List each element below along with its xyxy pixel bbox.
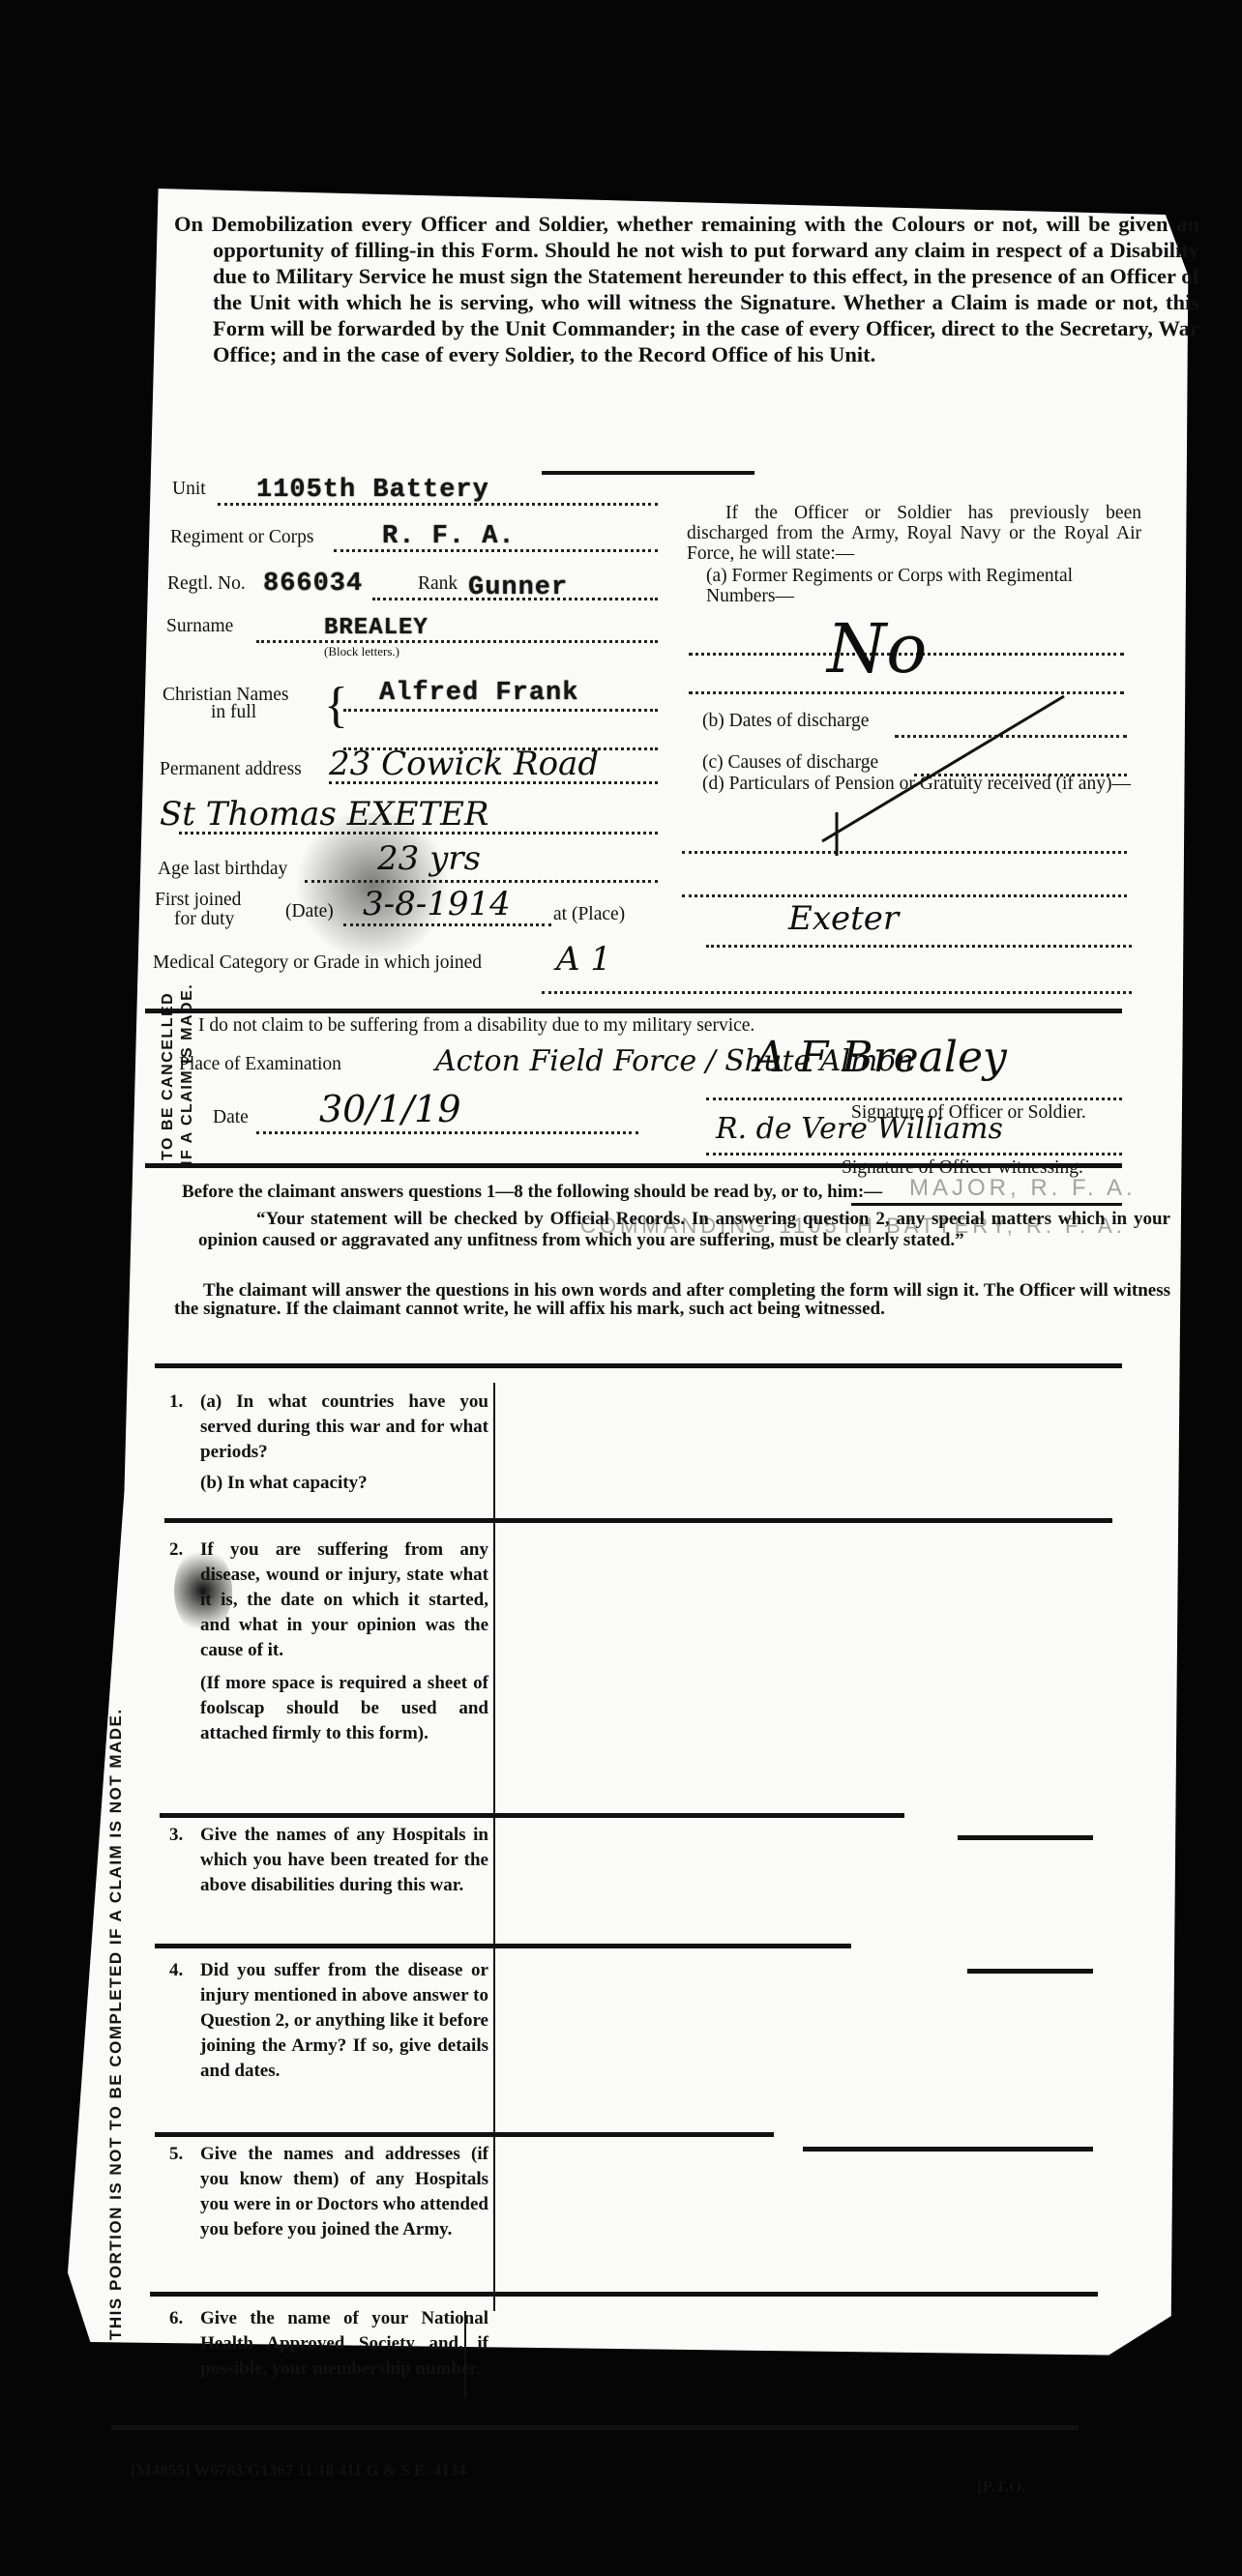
christian-dots-1 (343, 709, 658, 712)
first-joined-label: First joined (155, 890, 241, 911)
exam-date-dots (256, 1131, 638, 1134)
age-dots (305, 880, 658, 883)
row-divider (155, 1944, 851, 1948)
christian-names-value: Alfred Frank (379, 679, 578, 708)
table-bottom-rule (111, 2425, 1079, 2430)
joined-date-dots (343, 923, 551, 926)
block-letters-note: (Block letters.) (324, 644, 399, 659)
soldier-sig-dots (706, 1098, 1122, 1100)
cancel-note-line1: TO BE CANCELLED (160, 992, 177, 1160)
divider (145, 1163, 1122, 1168)
table-top-rule (155, 1363, 1122, 1368)
pto-note: [P.T.O. (977, 2477, 1026, 2497)
question-3: 3. Give the names of any Hospitals in wh… (169, 1823, 488, 1898)
row-divider (160, 1813, 904, 1818)
regiment-label: Regiment or Corps (170, 527, 313, 548)
question-2: 2. If you are suffering from any disease… (169, 1537, 488, 1746)
witness-sig-dots (706, 1153, 1122, 1156)
regtl-dots (372, 598, 658, 600)
address-line1: 23 Cowick Road (329, 745, 599, 783)
in-full-label: in full (211, 702, 256, 723)
rank-label: Rank (418, 573, 458, 595)
age-value: 23 yrs (377, 839, 481, 878)
joined-place-value: Exeter (788, 899, 899, 938)
regiment-value: R. F. A. (382, 522, 516, 551)
regtl-no-value: 866034 (263, 570, 363, 599)
address-line2: St Thomas EXETER (160, 795, 489, 834)
question-5: 5. Give the names and addresses (if you … (169, 2142, 488, 2242)
row-divider (803, 2147, 1093, 2152)
regtl-no-label: Regtl. No. (167, 573, 246, 595)
print-code: [M4855] W6783/G1367 11/18 411 G & S E. 4… (131, 2461, 466, 2480)
brace-icon: { (324, 677, 348, 734)
row-divider (155, 2132, 774, 2137)
witness-signature: R. de Vere Williams (716, 1112, 1003, 1146)
place-label: at (Place) (553, 904, 625, 925)
surname-label: Surname (166, 616, 233, 637)
exam-date-label: Date (213, 1107, 249, 1128)
question-6: 6. Give the name of your National Health… (169, 2306, 488, 2382)
row-divider (967, 1969, 1093, 1974)
divider (145, 1009, 1122, 1013)
previous-discharge-a: (a) Former Regiments or Corps with Regim… (706, 566, 1141, 606)
question-4: 4. Did you suffer from the disease or in… (169, 1958, 488, 2084)
intro-paragraph: On Demobilization every Officer and Sold… (174, 211, 1199, 367)
column-divider (493, 1383, 495, 1528)
row-divider (150, 2292, 1098, 2297)
soldier-signature: A F Brealey (754, 1033, 1007, 1082)
discharge-d-dots-2 (682, 894, 1127, 897)
row-divider (958, 1835, 1093, 1840)
row-divider (164, 1518, 1112, 1523)
exam-date-value: 30/1/19 (319, 1088, 461, 1130)
strike-through-line (677, 677, 1083, 861)
instructions-quote: “Your statement will be checked by Offic… (198, 1209, 1170, 1251)
medical-label: Medical Category or Grade in which joine… (153, 952, 482, 974)
medical-dots (542, 991, 1132, 994)
column-divider (493, 1528, 495, 2311)
joined-date-value: 3-8-1914 (363, 885, 511, 923)
question-1: 1. (a) In what countries have you served… (169, 1390, 488, 1496)
divider (851, 1203, 1122, 1206)
unit-value: 1105th Battery (256, 476, 489, 505)
previous-discharge-intro: If the Officer or Soldier has previously… (687, 503, 1141, 564)
surname-dots (256, 640, 658, 643)
age-label: Age last birthday (158, 859, 287, 880)
no-claim-statement: I do not claim to be suffering from a di… (198, 1015, 754, 1037)
unit-label: Unit (172, 479, 206, 500)
medical-value: A 1 (556, 940, 611, 979)
surname-value: BREALEY (324, 615, 429, 641)
instructions-line1: Before the claimant answers questions 1—… (182, 1182, 1110, 1203)
for-duty-label: for duty (174, 909, 234, 930)
side-note: THIS PORTION IS NOT TO BE COMPLETED IF A… (106, 1708, 126, 2340)
address-label: Permanent address (160, 759, 302, 780)
joined-place-dots (706, 945, 1132, 948)
date-label: (Date) (285, 901, 334, 922)
place-exam-label: Place of Examination (179, 1054, 341, 1075)
instructions-para2: The claimant will answer the questions i… (174, 1281, 1170, 1318)
divider (542, 471, 754, 475)
